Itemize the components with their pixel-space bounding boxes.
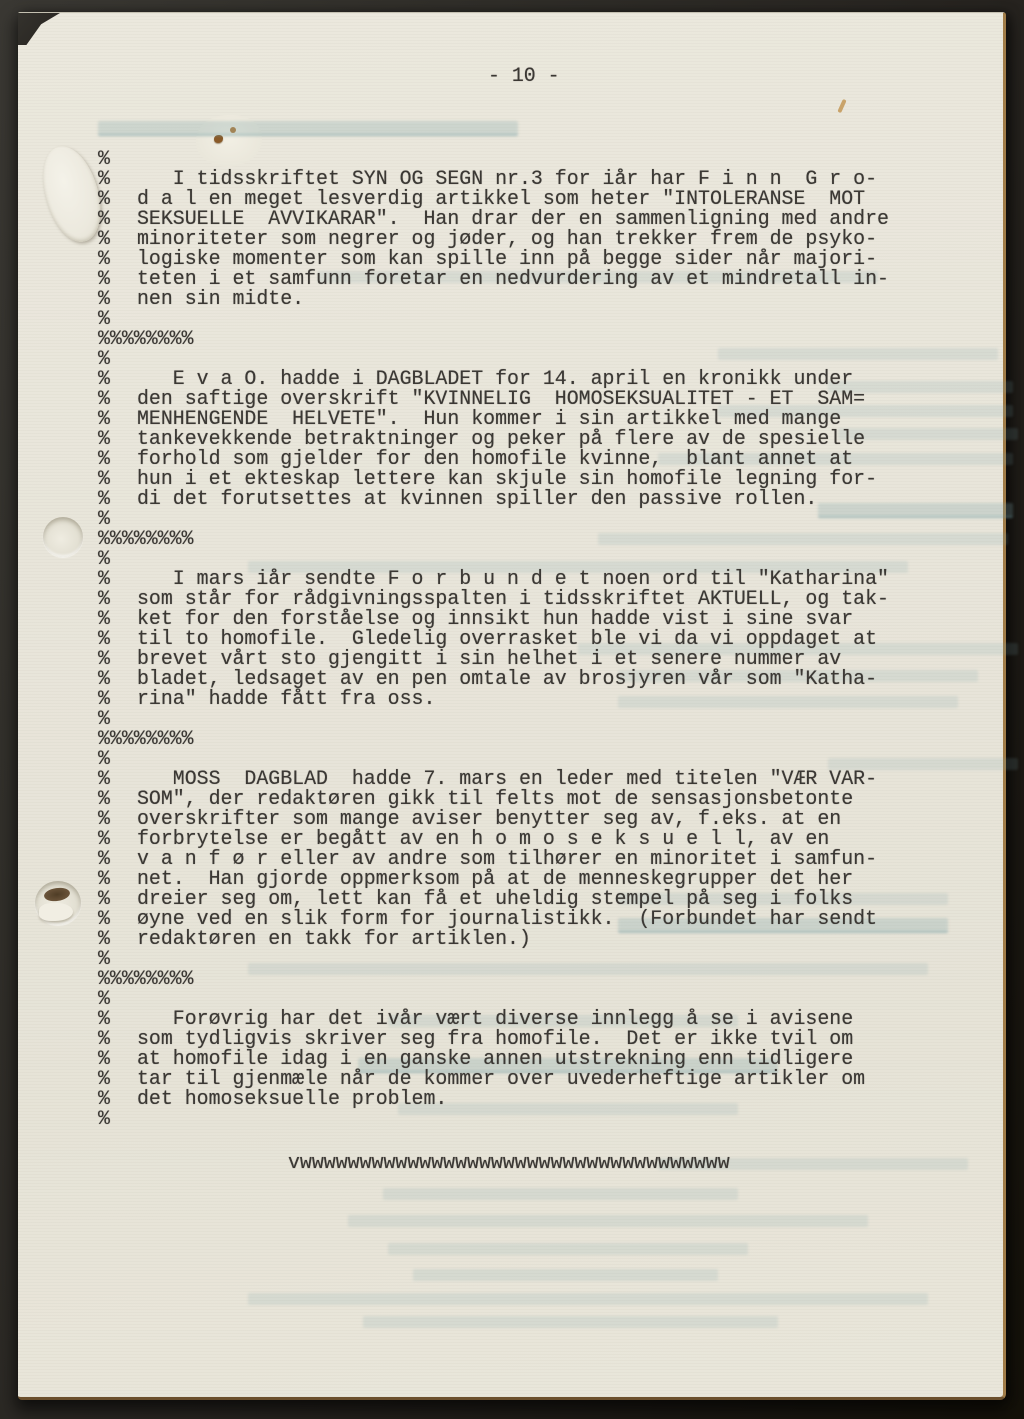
margin-tick: % — [98, 609, 110, 629]
margin-tick: %%%%%%%% — [98, 969, 194, 989]
margin-tick: % — [98, 369, 110, 389]
margin-tick: % — [98, 749, 110, 769]
page-number: - 10 - — [488, 64, 560, 87]
margin-tick: % — [98, 149, 110, 169]
margin-tick: % — [98, 409, 110, 429]
typed-text: E v a O. hadde i DAGBLADET for 14. april… — [137, 369, 853, 389]
margin-tick: % — [98, 1069, 110, 1089]
typed-text: til to homofile. Gledelig overrasket ble… — [137, 629, 877, 649]
typed-text: tar til gjenmæle når de kommer over uved… — [137, 1069, 865, 1089]
margin-tick: % — [98, 929, 110, 949]
margin-tick: % — [98, 229, 110, 249]
typed-text: redaktøren en takk for artiklen.) — [137, 929, 531, 949]
typed-text: MOSS DAGBLAD hadde 7. mars en leder med … — [137, 769, 877, 789]
bleedthrough-smudge — [248, 963, 928, 975]
bleedthrough-smudge — [413, 1269, 718, 1281]
typed-text: hun i et ekteskap lettere kan skjule sin… — [137, 469, 877, 489]
typed-text: ket for den forståelse og innsikt hun ha… — [137, 609, 853, 629]
typed-text: I tidsskriftet SYN OG SEGN nr.3 for iår … — [137, 169, 877, 189]
typed-text: Forøvrig har det ivår vært diverse innle… — [137, 1009, 853, 1029]
typed-text: teten i et samfunn foretar en nedvurderi… — [137, 269, 889, 289]
margin-tick: % — [98, 849, 110, 869]
margin-tick: % — [98, 789, 110, 809]
typed-text: bladet, ledsaget av en pen omtale av bro… — [137, 669, 877, 689]
typed-text: brevet vårt sto gjengitt i sin helhet i … — [137, 649, 841, 669]
margin-tick: % — [98, 689, 110, 709]
margin-tick: % — [98, 269, 110, 289]
margin-tick: % — [98, 629, 110, 649]
margin-tick: % — [98, 1009, 110, 1029]
typed-text: I mars iår sendte F o r b u n d e t noen… — [137, 569, 889, 589]
punch-hole — [35, 881, 81, 925]
typed-text: tankevekkende betraktninger og peker på … — [137, 429, 865, 449]
margin-tick: % — [98, 1049, 110, 1069]
margin-tick: % — [98, 669, 110, 689]
margin-tick: % — [98, 589, 110, 609]
margin-tick: % — [98, 989, 110, 1009]
margin-tick: % — [98, 769, 110, 789]
footer-squiggle: vwwwwwwwwwwwwwwwwwwwwwwwwwwwwwwwwwwww — [288, 1153, 730, 1173]
bleedthrough-smudge — [383, 1188, 738, 1200]
margin-tick: % — [98, 469, 110, 489]
typed-text: det homoseksuelle problem. — [137, 1089, 447, 1109]
typed-text: som tydligvis skriver seg fra homofile. … — [137, 1029, 853, 1049]
margin-tick: % — [98, 449, 110, 469]
margin-tick: % — [98, 569, 110, 589]
margin-tick: % — [98, 169, 110, 189]
typed-text: rina" hadde fått fra oss. — [137, 689, 435, 709]
scan-background: { "document": { "page_number": "- 10 -",… — [0, 0, 1024, 1419]
margin-tick: % — [98, 509, 110, 529]
bleedthrough-smudge — [598, 533, 1008, 545]
margin-tick: % — [98, 889, 110, 909]
margin-tick: % — [98, 949, 110, 969]
typed-text: d a l en meget lesverdig artikkel som he… — [137, 189, 865, 209]
typed-text: forbrytelse er begått av en h o m o s e … — [137, 829, 829, 849]
margin-tick: % — [98, 249, 110, 269]
typed-text: logiske momenter som kan spille inn på b… — [137, 249, 877, 269]
typed-text: den saftige overskrift "KVINNELIG HOMOSE… — [137, 389, 865, 409]
margin-tick: % — [98, 869, 110, 889]
margin-tick: % — [98, 489, 110, 509]
punch-hole — [43, 517, 83, 557]
typed-text: SOM", der redaktøren gikk til felts mot … — [137, 789, 853, 809]
margin-tick: % — [98, 909, 110, 929]
margin-tick: % — [98, 189, 110, 209]
margin-tick: % — [98, 649, 110, 669]
bleedthrough-smudge — [398, 1103, 738, 1115]
typed-text: overskrifter som mange aviser benytter s… — [137, 809, 841, 829]
bleedthrough-smudge — [363, 1316, 778, 1328]
typed-text: nen sin midte. — [137, 289, 304, 309]
typed-text: net. Han gjorde oppmerksom på at de menn… — [137, 869, 853, 889]
typed-text: forhold som gjelder for den homofile kvi… — [137, 449, 853, 469]
margin-tick: % — [98, 1029, 110, 1049]
typed-text: MENHENGENDE HELVETE". Hun kommer i sin a… — [137, 409, 841, 429]
bleedthrough-smudge — [718, 348, 998, 360]
margin-tick: %%%%%%%% — [98, 529, 194, 549]
margin-tick: % — [98, 829, 110, 849]
bleedthrough-smudge — [618, 696, 958, 708]
typed-text: dreier seg om, lett kan få et uheldig st… — [137, 889, 853, 909]
margin-tick: % — [98, 389, 110, 409]
margin-tick: % — [98, 349, 110, 369]
document-page: - 10 - %% I tidsskriftet SYN OG SEGN nr.… — [18, 12, 1006, 1400]
bleedthrough-smudge — [348, 1215, 868, 1227]
margin-tick: % — [98, 809, 110, 829]
margin-tick: % — [98, 549, 110, 569]
torn-corner — [18, 13, 60, 45]
margin-tick: % — [98, 1109, 110, 1129]
margin-tick: % — [98, 709, 110, 729]
typed-text: minoriteter som negrer og jøder, og han … — [137, 229, 877, 249]
margin-tick: % — [98, 289, 110, 309]
margin-tick: %%%%%%%% — [98, 729, 194, 749]
typed-text: di det forutsettes at kvinnen spiller de… — [137, 489, 817, 509]
typed-text: SEKSUELLE AVVIKARAR". Han drar der en sa… — [137, 209, 889, 229]
margin-tick: %%%%%%%% — [98, 329, 194, 349]
bleedthrough-smudge — [388, 1243, 748, 1255]
margin-tick: % — [98, 209, 110, 229]
paper-fiber — [837, 99, 846, 113]
margin-tick: % — [98, 309, 110, 329]
typed-text: øyne ved en slik form for journalistikk.… — [137, 909, 877, 929]
bleedthrough-smudge — [248, 1293, 928, 1305]
typed-text: som står for rådgivningsspalten i tidssk… — [137, 589, 889, 609]
typed-text: v a n f ø r eller av andre som tilhører … — [137, 849, 877, 869]
margin-tick: % — [98, 1089, 110, 1109]
bleedthrough-smudge — [98, 121, 518, 136]
margin-tick: % — [98, 429, 110, 449]
bleedthrough-smudge — [818, 503, 1013, 518]
typed-text: at homofile idag i en ganske annen utstr… — [137, 1049, 853, 1069]
